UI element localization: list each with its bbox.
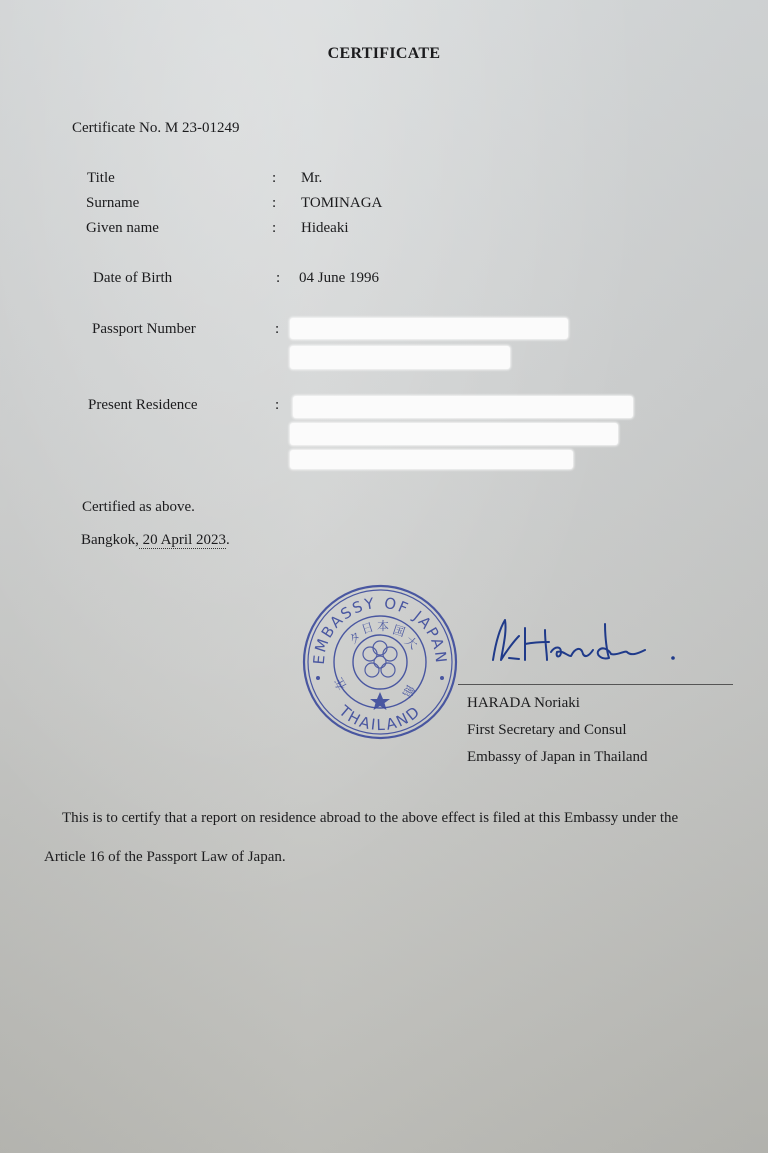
dob-separator: : — [276, 270, 280, 287]
passport-number-separator: : — [275, 321, 279, 338]
emblem-icon — [363, 641, 397, 677]
certification-body-line-1: This is to certify that a report on resi… — [62, 810, 678, 827]
dob-value: 04 June 1996 — [299, 270, 379, 287]
embassy-seal-stamp: EMBASSY OF JAPAN THAILAND タ 日 本 国 大 館 在 — [300, 582, 460, 742]
residence-redaction-bar — [290, 450, 573, 469]
residence-label: Present Residence — [88, 397, 198, 414]
title-label: Title — [87, 170, 115, 187]
svg-text:本: 本 — [377, 618, 389, 633]
date-period: . — [226, 532, 230, 548]
surname-value: TOMINAGA — [301, 195, 382, 212]
signature-line — [458, 684, 733, 685]
given-name-value: Hideaki — [301, 220, 348, 237]
given-name-separator: : — [272, 220, 276, 237]
svg-text:日: 日 — [360, 620, 376, 637]
passport-number-label: Passport Number — [92, 321, 196, 338]
surname-separator: : — [272, 195, 276, 212]
given-name-label: Given name — [86, 220, 159, 237]
svg-text:国: 国 — [391, 623, 407, 640]
place: Bangkok, — [81, 532, 139, 548]
passport-redaction-bar — [290, 318, 568, 339]
residence-redaction-bar — [293, 396, 633, 418]
document-title: CERTIFICATE — [0, 45, 768, 63]
issue-date: 20 April 2023 — [139, 532, 226, 549]
svg-text:在: 在 — [331, 675, 349, 692]
title-value: Mr. — [301, 170, 322, 187]
svg-text:館: 館 — [399, 683, 418, 701]
signatory-office: Embassy of Japan in Thailand — [467, 749, 648, 766]
title-separator: : — [272, 170, 276, 187]
certification-body-line-2: Article 16 of the Passport Law of Japan. — [44, 849, 286, 866]
certified-statement: Certified as above. — [82, 499, 195, 516]
paper-shading — [0, 0, 768, 1153]
place-and-date: Bangkok, 20 April 2023. — [81, 532, 230, 549]
signatory-name: HARADA Noriaki — [467, 695, 580, 712]
signatory-position: First Secretary and Consul — [467, 722, 627, 739]
residence-separator: : — [275, 397, 279, 414]
certificate-number: Certificate No. M 23-01249 — [72, 120, 239, 137]
surname-label: Surname — [86, 195, 139, 212]
passport-redaction-bar — [290, 346, 510, 369]
residence-redaction-bar — [290, 423, 618, 445]
handwritten-signature — [485, 612, 685, 672]
dob-label: Date of Birth — [93, 270, 172, 287]
